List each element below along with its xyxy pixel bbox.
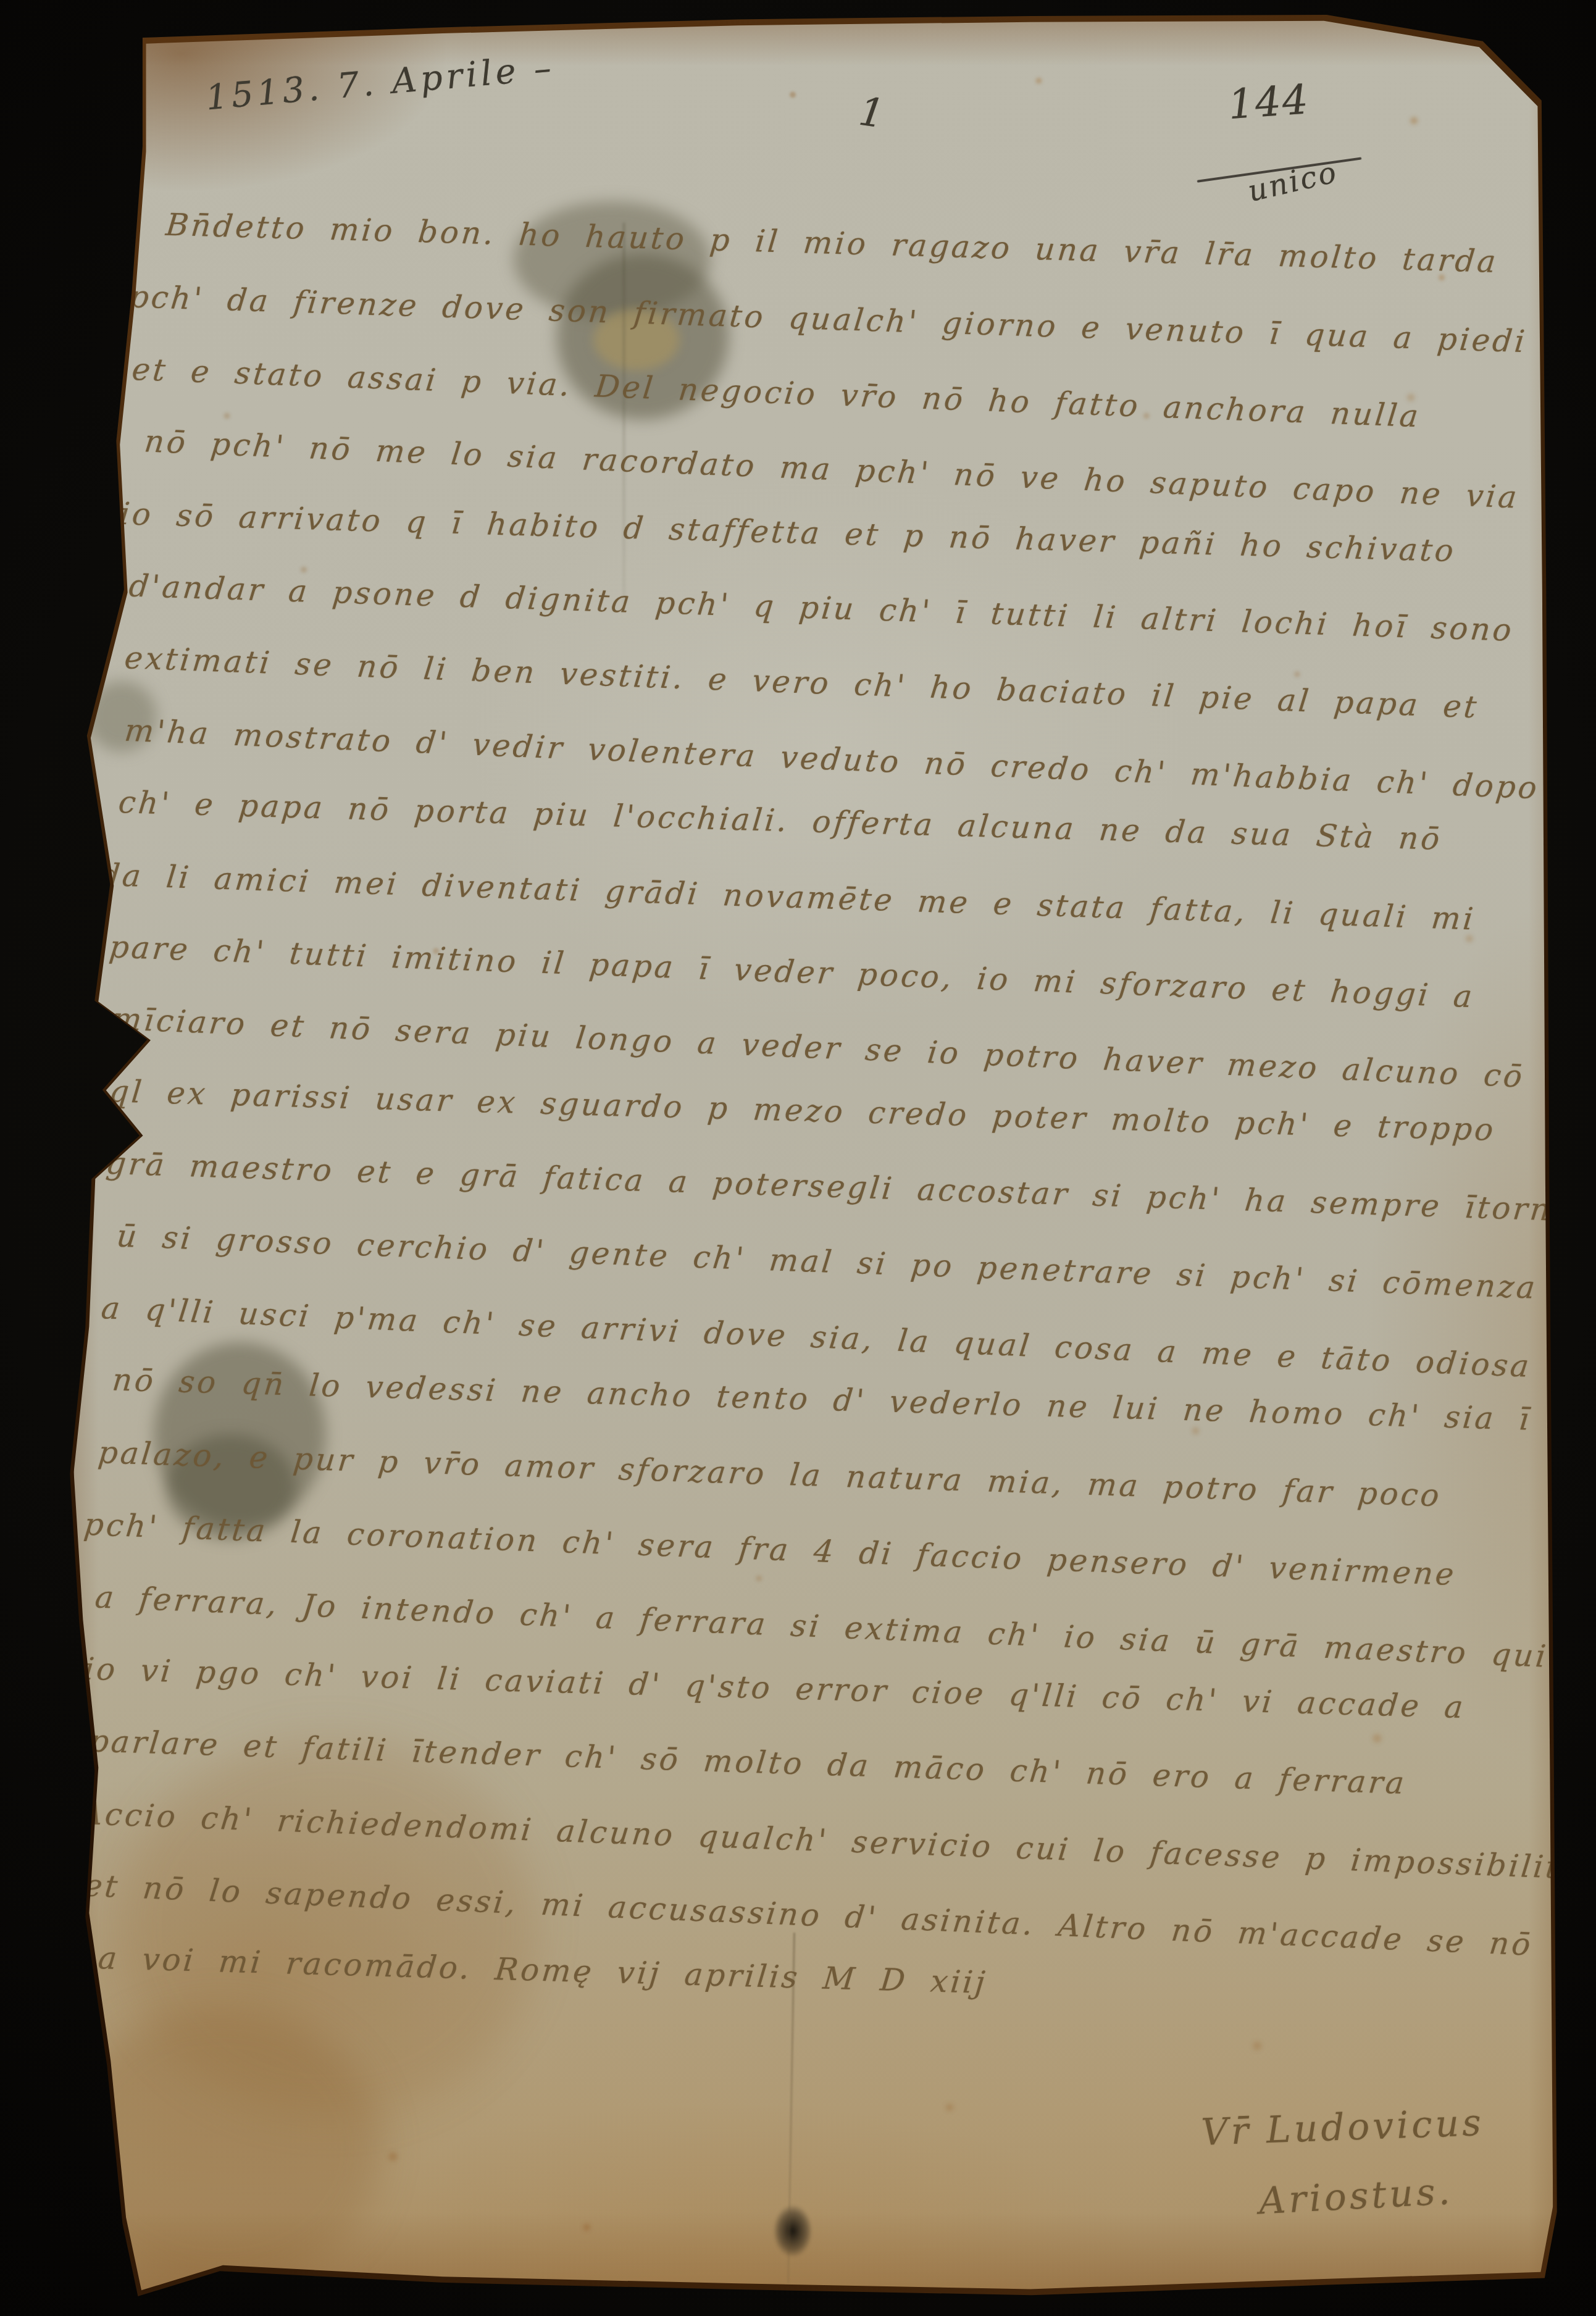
letter-line-21: io vi pgo ch' voi li caviati d' q'sto er… xyxy=(83,1653,1467,1723)
opening-cross-mark: † xyxy=(119,222,135,256)
letter-line-1: Bn̄detto mio bon. ho hauto p il mio raga… xyxy=(164,209,1499,277)
foxing-blotch-bottom-left-corner xyxy=(62,2007,382,2289)
letter-line-12: mīciaro et nō sera piu longo a veder se … xyxy=(111,1003,1526,1092)
letter-line-9: ch' e papa nō porta piu l'occhiali. offe… xyxy=(117,787,1444,855)
scan-background: 1513. 7. Aprile – 1 144 unico † Bn̄detto… xyxy=(0,0,1596,2316)
letter-line-3: et e stato assai p via. Del negocio vr̄o… xyxy=(130,354,1422,432)
folio-note: unico xyxy=(1245,155,1341,209)
letter-line-2: pch' da firenze dove son firmato qualch'… xyxy=(128,281,1529,357)
signature-surname: Ariostus. xyxy=(1258,2170,1454,2223)
letter-line-4: nō pch' nō me lo sia racordato ma pch' n… xyxy=(143,426,1521,513)
vertical-crease-top xyxy=(623,223,625,604)
foxing-spots xyxy=(28,20,33,25)
page-number: 1 xyxy=(856,89,887,138)
letter-line-14: grā maestro et e grā fatica a potersegli… xyxy=(105,1148,1575,1226)
letter-line-11: pare ch' tutti imitino il papa ī veder p… xyxy=(108,931,1476,1012)
letter-line-13: ql ex parissi usar ex sguardo p mezo cre… xyxy=(108,1076,1497,1145)
letter-line-10: da li amici mei diventati grādi novamēte… xyxy=(99,859,1477,935)
letter-line-5: io sō arrivato q ī habito d staffetta et… xyxy=(119,498,1458,566)
letter-line-7: extimati se nō li ben vestiti. e vero ch… xyxy=(123,642,1480,722)
archival-date-note: 1513. 7. Aprile – xyxy=(204,48,556,118)
manuscript-page: 1513. 7. Aprile – 1 144 unico † Bn̄detto… xyxy=(28,20,1566,2293)
letter-line-19: pch' fatta la coronation ch' sera fra 4 … xyxy=(83,1509,1458,1590)
letter-line-15: ū si grosso cerchio d' gente ch' mal si … xyxy=(115,1221,1596,1310)
paper-hole-bottom-center xyxy=(773,2205,813,2258)
folio-number: 144 xyxy=(1227,76,1311,129)
signature-name: Vr̄ Ludovicus xyxy=(1200,2101,1485,2154)
letter-line-6: d'andar a psone d dignita pch' q piu ch'… xyxy=(128,571,1516,646)
